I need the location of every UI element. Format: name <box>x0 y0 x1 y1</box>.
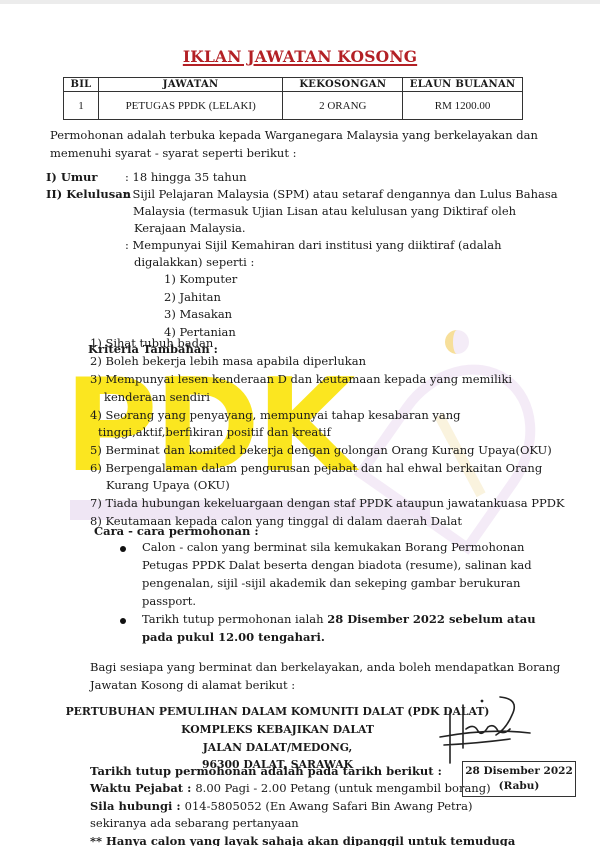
cara-bullet1-line: Calon - calon yang berminat sila kemukak… <box>142 540 524 555</box>
page-title-text: IKLAN JAWATAN KOSONG <box>183 47 417 66</box>
hubungi-value: 014-5805052 (En Awang Safari Bin Awang P… <box>185 799 473 813</box>
skill-item: 1) Komputer <box>164 272 237 287</box>
vacancy-table: BIL JAWATAN KEKOSONGAN ELAUN BULANAN 1 P… <box>63 77 523 120</box>
cara-bullet1-line: Petugas PPDK Dalat beserta dengan biadot… <box>142 558 532 573</box>
tarikh-tutup-line: Tarikh tutup permohonan adalah pada tari… <box>90 764 442 779</box>
bagi-line-1: Bagi sesiapa yang berminat dan berkelaya… <box>90 660 560 675</box>
kelulusan-line-3: Kerajaan Malaysia. <box>134 221 246 236</box>
kemahiran-line-2: digalakkan) seperti : <box>134 255 254 270</box>
kriteria-item: 3) Mempunyai lesen kenderaan D dan keuta… <box>90 372 512 387</box>
kriteria-item: 1) Sihat tubuh badan <box>90 336 213 351</box>
kriteria-item: 4) Seorang yang penyayang, mempunyai tah… <box>90 408 461 423</box>
bullet-icon <box>120 618 126 624</box>
intro-line-1: Permohonan adalah terbuka kepada Wargane… <box>50 128 538 143</box>
cara-bullet1-line: passport. <box>142 594 196 609</box>
sekiranya-line: sekiranya ada sebarang pertanyaan <box>90 816 299 831</box>
umur-label: I) Umur <box>46 170 97 185</box>
kriteria-item: 6) Berpengalaman dalam pengurusan pejaba… <box>90 461 542 476</box>
closing-date: 28 Disember 2022 <box>463 764 575 779</box>
kriteria-item: 2) Boleh bekerja lebih masa apabila dipe… <box>90 354 366 369</box>
kriteria-item-cont: tinggi,aktif,berfikiran positif dan krea… <box>98 425 331 440</box>
hubungi-label: Sila hubungi : <box>90 799 185 813</box>
table-header-row: BIL JAWATAN KEKOSONGAN ELAUN BULANAN <box>64 78 523 92</box>
skill-item: 2) Jahitan <box>164 290 221 305</box>
kriteria-item: 7) Tiada hubungan kekeluargaan dengan st… <box>90 496 565 511</box>
top-strip <box>0 0 600 4</box>
cara-bullet2-prefix: Tarikh tutup permohonan ialah <box>142 612 327 626</box>
header-bil: BIL <box>64 78 99 92</box>
cell-kekosongan: 2 ORANG <box>283 92 403 120</box>
waktu-pejabat-line: Waktu Pejabat : 8.00 Pagi - 2.00 Petang … <box>90 781 491 796</box>
bullet-icon <box>120 546 126 552</box>
umur-value: : 18 hingga 35 tahun <box>125 170 247 185</box>
cell-elaun: RM 1200.00 <box>403 92 523 120</box>
intro-line-2: memenuhi syarat - syarat seperti berikut… <box>50 146 296 161</box>
closing-date-text: 28 Disember 2022 sebelum atau <box>327 612 535 626</box>
cell-jawatan: PETUGAS PPDK (LELAKI) <box>98 92 282 120</box>
closing-date-box: 28 Disember 2022 (Rabu) <box>462 761 576 797</box>
cara-heading: Cara - cara permohonan : <box>94 524 259 539</box>
header-kekosongan: KEKOSONGAN <box>283 78 403 92</box>
kemahiran-line-1: : Mempunyai Sijil Kemahiran dari institu… <box>125 238 502 253</box>
cara-bullet2-line1: Tarikh tutup permohonan ialah 28 Disembe… <box>142 612 536 627</box>
header-elaun: ELAUN BULANAN <box>403 78 523 92</box>
waktu-value: 8.00 Pagi - 2.00 Petang (untuk mengambil… <box>195 781 490 795</box>
kelulusan-line-1: : Sijil Pelajaran Malaysia (SPM) atau se… <box>125 187 558 202</box>
cara-bullet2-line2: pada pukul 12.00 tengahari. <box>142 630 325 645</box>
bagi-line-2: Jawatan Kosong di alamat berikut : <box>90 678 295 693</box>
kelulusan-label: II) Kelulusan <box>46 187 131 202</box>
watermark-logo-head <box>445 330 469 354</box>
closing-day: (Rabu) <box>463 779 575 794</box>
waktu-label: Waktu Pejabat : <box>90 781 195 795</box>
kriteria-item-cont: Kurang Upaya (OKU) <box>106 478 230 493</box>
kriteria-item-cont: kenderaan sendiri <box>104 390 210 405</box>
page-title: IKLAN JAWATAN KOSONG <box>0 47 600 66</box>
kelulusan-line-2: Malaysia (termasuk Ujian Lisan atau kelu… <box>133 204 516 219</box>
kriteria-item: 5) Berminat dan komited bekerja dengan g… <box>90 443 552 458</box>
cara-bullet1-line: pengenalan, sijil -sijil akademik dan se… <box>142 576 520 591</box>
interview-note: ** Hanya calon yang layak sahaja akan di… <box>90 834 515 846</box>
header-jawatan: JAWATAN <box>98 78 282 92</box>
hubungi-line: Sila hubungi : 014-5805052 (En Awang Saf… <box>90 799 473 814</box>
table-row: 1 PETUGAS PPDK (LELAKI) 2 ORANG RM 1200.… <box>64 92 523 120</box>
skill-item: 3) Masakan <box>164 307 232 322</box>
cell-bil: 1 <box>64 92 99 120</box>
